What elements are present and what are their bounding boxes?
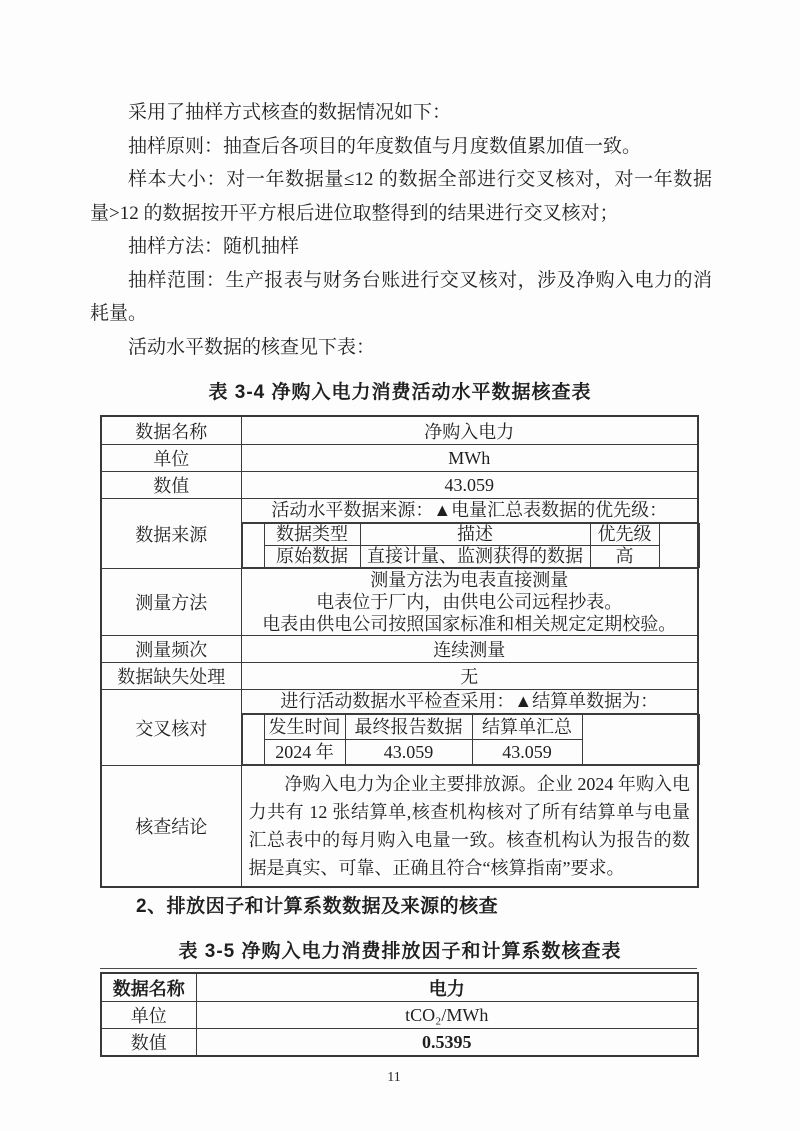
table-row: 数值 0.5395 bbox=[101, 1029, 698, 1057]
paragraph-sampling-method: 抽样方法：随机抽样 bbox=[90, 230, 712, 264]
conclusion-text: 净购入电力为企业主要排放源。企业 2024 年购入电力共有 12 张结算单,核查… bbox=[242, 766, 698, 886]
paragraph-sampling-principle: 抽样原则：抽查后各项目的年度数值与月度数值累加值一致。 bbox=[90, 130, 712, 164]
cross-time-value: 2024 年 bbox=[264, 740, 345, 765]
body-text-block: 采用了抽样方式核查的数据情况如下： 抽样原则：抽查后各项目的年度数值与月度数值累… bbox=[90, 96, 712, 364]
spacer-cell bbox=[242, 715, 264, 765]
data-name-label: 数据名称 bbox=[101, 416, 241, 445]
method-line: 电表位于厂内，由供电公司远程抄表。 bbox=[242, 591, 698, 613]
unit-label: 单位 bbox=[101, 445, 241, 472]
table-row: 原始数据 直接计量、监测获得的数据 高 bbox=[242, 546, 699, 568]
empty-cell bbox=[659, 524, 699, 568]
data-source-label: 数据来源 bbox=[101, 499, 241, 569]
cross-col-report: 最终报告数据 bbox=[345, 715, 472, 740]
table-3-4: 数据名称 净购入电力 单位 MWh 数值 43.059 数据来源 活动水平数据来… bbox=[100, 415, 699, 888]
measure-frequency-value: 连续测量 bbox=[241, 636, 698, 663]
value-label: 数值 bbox=[101, 1029, 196, 1057]
cross-check-header: 进行活动数据水平检查采用：▲结算单数据为： bbox=[242, 690, 698, 714]
cross-report-value: 43.059 bbox=[345, 740, 472, 765]
paragraph-sampling-scope: 抽样范围：生产报表与财务台账进行交叉核对，涉及净购入电力的消耗量。 bbox=[90, 264, 712, 331]
measure-method-label: 测量方法 bbox=[101, 569, 241, 636]
table-row: 发生时间 最终报告数据 结算单汇总 bbox=[242, 715, 699, 740]
paragraph-activity-data-note: 活动水平数据的核查见下表： bbox=[90, 331, 712, 365]
source-priority-value: 高 bbox=[590, 546, 659, 568]
data-name-label: 数据名称 bbox=[101, 973, 196, 1002]
table-row: 测量方法 测量方法为电表直接测量 电表位于厂内，由供电公司远程抄表。 电表由供电… bbox=[101, 569, 698, 636]
data-name-value: 净购入电力 bbox=[241, 416, 698, 445]
table-row: 数据类型 描述 优先级 bbox=[242, 524, 699, 546]
document-page: 采用了抽样方式核查的数据情况如下： 抽样原则：抽查后各项目的年度数值与月度数值累… bbox=[0, 0, 800, 1131]
cross-check-inner-table: 发生时间 最终报告数据 结算单汇总 2024 年 43.059 43.059 bbox=[242, 714, 700, 765]
table-row: 数据缺失处理 无 bbox=[101, 663, 698, 690]
table-3-5: 数据名称 电力 单位 tCO₂/MWh 数值 0.5395 bbox=[100, 972, 699, 1057]
value-value: 43.059 bbox=[241, 472, 698, 499]
cross-check-cell: 进行活动数据水平检查采用：▲结算单数据为： 发生时间 最终报告数据 结算单汇总 … bbox=[241, 690, 698, 766]
table-3-5-wrapper: 数据名称 电力 单位 tCO₂/MWh 数值 0.5395 bbox=[100, 968, 697, 1057]
paragraph-sample-size: 样本大小：对一年数据量≤12 的数据全部进行交叉核对，对一年数据量>12 的数据… bbox=[90, 163, 712, 230]
source-col-desc: 描述 bbox=[360, 524, 590, 546]
table-row: 单位 tCO₂/MWh bbox=[101, 1002, 698, 1029]
unit-label: 单位 bbox=[101, 1002, 196, 1029]
table-3-4-caption: 表 3-4 净购入电力消费活动水平数据核查表 bbox=[0, 377, 800, 404]
method-line: 测量方法为电表直接测量 bbox=[242, 569, 698, 591]
measure-method-cell: 测量方法为电表直接测量 电表位于厂内，由供电公司远程抄表。 电表由供电公司按照国… bbox=[241, 569, 698, 636]
table-row: 交叉核对 进行活动数据水平检查采用：▲结算单数据为： 发生时间 最终报告数据 结… bbox=[101, 690, 698, 766]
unit-value: MWh bbox=[241, 445, 698, 472]
data-source-header: 活动水平数据来源：▲电量汇总表数据的优先级： bbox=[242, 499, 698, 523]
table-row: 单位 MWh bbox=[101, 445, 698, 472]
conclusion-cell: 净购入电力为企业主要排放源。企业 2024 年购入电力共有 12 张结算单,核查… bbox=[241, 766, 698, 888]
empty-cell bbox=[582, 715, 699, 765]
table-3-5-caption: 表 3-5 净购入电力消费排放因子和计算系数核查表 bbox=[0, 936, 800, 963]
table-row: 测量频次 连续测量 bbox=[101, 636, 698, 663]
source-desc-value: 直接计量、监测获得的数据 bbox=[360, 546, 590, 568]
table-row: 数值 43.059 bbox=[101, 472, 698, 499]
source-col-type: 数据类型 bbox=[264, 524, 360, 546]
cross-check-label: 交叉核对 bbox=[101, 690, 241, 766]
data-name-value: 电力 bbox=[196, 973, 698, 1002]
method-line: 电表由供电公司按照国家标准和相关规定定期校验。 bbox=[242, 613, 698, 635]
cross-settlement-value: 43.059 bbox=[472, 740, 582, 765]
cross-col-settlement: 结算单汇总 bbox=[472, 715, 582, 740]
table-row: 数据来源 活动水平数据来源：▲电量汇总表数据的优先级： 数据类型 描述 优先级 … bbox=[101, 499, 698, 569]
value-label: 数值 bbox=[101, 472, 241, 499]
source-type-value: 原始数据 bbox=[264, 546, 360, 568]
section-heading: 2、排放因子和计算系数数据及来源的核查 bbox=[90, 891, 712, 918]
table-row: 数据名称 净购入电力 bbox=[101, 416, 698, 445]
table-row: 核查结论 净购入电力为企业主要排放源。企业 2024 年购入电力共有 12 张结… bbox=[101, 766, 698, 888]
conclusion-label: 核查结论 bbox=[101, 766, 241, 888]
unit-value: tCO₂/MWh bbox=[196, 1002, 698, 1029]
spacer-cell bbox=[242, 524, 264, 568]
missing-data-label: 数据缺失处理 bbox=[101, 663, 241, 690]
measure-frequency-label: 测量频次 bbox=[101, 636, 241, 663]
paragraph-intro: 采用了抽样方式核查的数据情况如下： bbox=[90, 96, 712, 130]
source-col-priority: 优先级 bbox=[590, 524, 659, 546]
data-source-cell: 活动水平数据来源：▲电量汇总表数据的优先级： 数据类型 描述 优先级 原始数据 … bbox=[241, 499, 698, 569]
missing-data-value: 无 bbox=[241, 663, 698, 690]
value-value: 0.5395 bbox=[196, 1029, 698, 1057]
cross-col-time: 发生时间 bbox=[264, 715, 345, 740]
page-number: 11 bbox=[0, 1070, 788, 1086]
data-source-inner-table: 数据类型 描述 优先级 原始数据 直接计量、监测获得的数据 高 bbox=[242, 523, 700, 568]
table-row: 数据名称 电力 bbox=[101, 973, 698, 1002]
